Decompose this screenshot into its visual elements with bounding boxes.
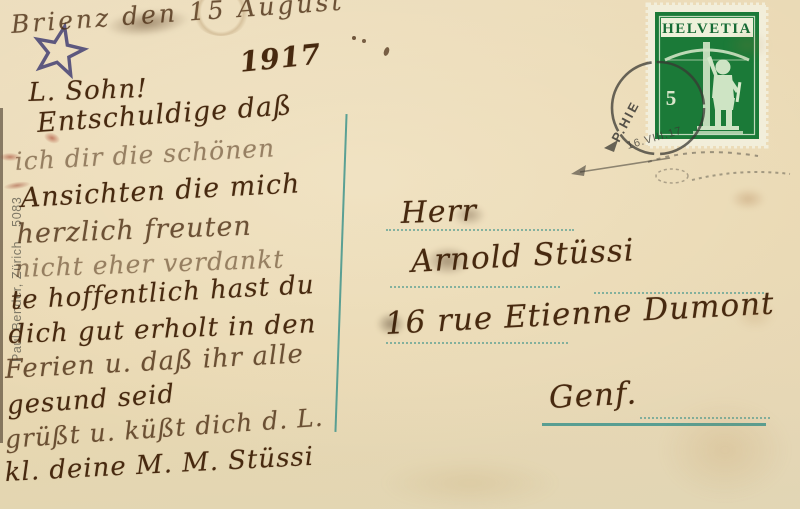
message-line: ich dir die schönen — [14, 133, 276, 176]
address-dotted-line — [640, 417, 770, 419]
postcard-scan: Paul Bender, Zürich5083 Brienz den 15 Au… — [0, 0, 800, 509]
ink-dot — [383, 46, 391, 56]
ink-dot — [352, 36, 356, 40]
address-street: 16 rue Etienne Dumont — [384, 286, 775, 342]
address-recipient-title: Herr — [400, 193, 478, 231]
stain — [380, 458, 560, 508]
stain — [660, 400, 790, 500]
address-dotted-line — [386, 342, 568, 344]
address-city: Genf. — [548, 375, 638, 416]
divider-line — [334, 114, 347, 432]
ink-dot — [362, 39, 366, 43]
address-baseline — [542, 423, 766, 426]
message-line: Ansichten die mich — [20, 168, 301, 214]
cancel-marks — [640, 138, 800, 193]
stamp-country-text: HELVETIA — [662, 21, 752, 37]
message-line: herzlich freuten — [16, 211, 252, 250]
message-dateline: Brienz den 15 August — [10, 0, 345, 39]
scan-edge — [0, 108, 3, 443]
message-year: 1917 — [238, 37, 323, 78]
address-dotted-line — [390, 286, 560, 288]
address-dotted-line — [386, 229, 574, 231]
address-recipient-name: Arnold Stüssi — [410, 232, 635, 280]
